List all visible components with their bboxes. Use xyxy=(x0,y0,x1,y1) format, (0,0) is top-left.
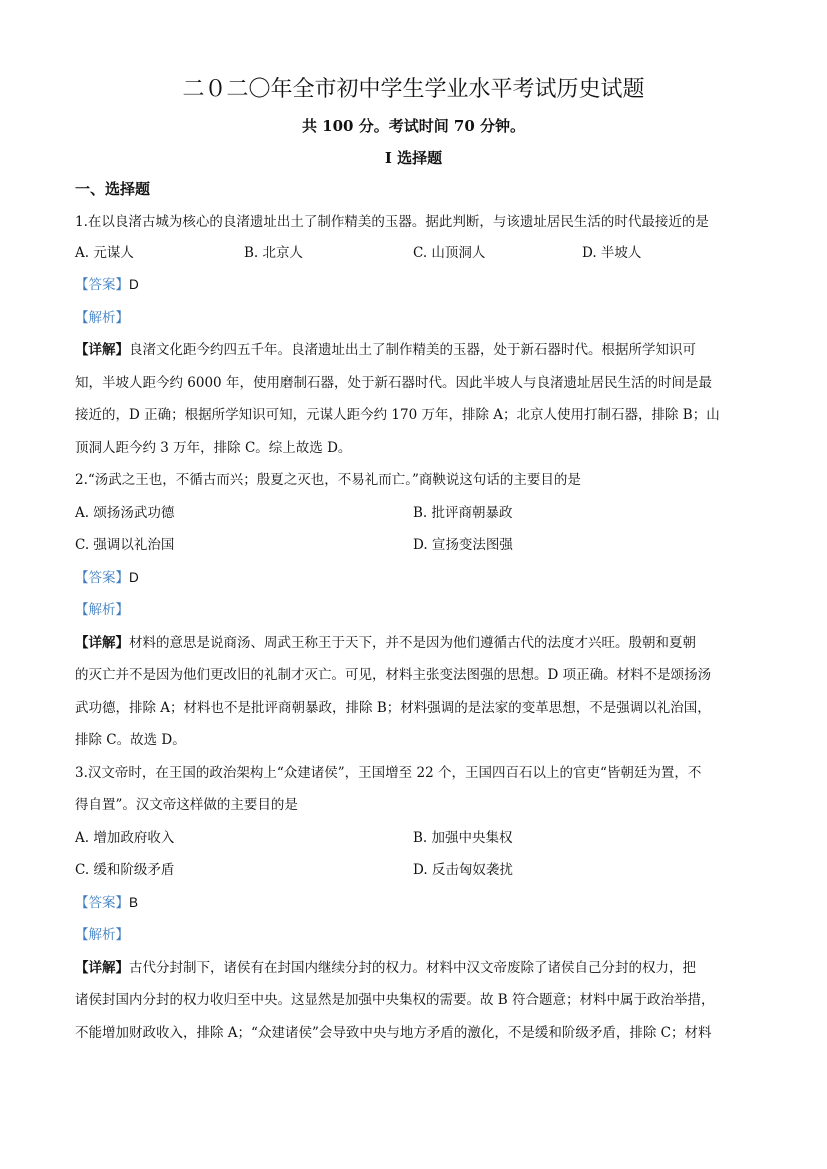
q3-answer: 【答案】B xyxy=(75,893,138,913)
q1-answer: 【答案】D xyxy=(75,275,139,295)
q1-detail-line-2: 知，半坡人距今约 6000 年，使用磨制石器，处于新石器时代。因此半坡人与良渚遗… xyxy=(75,373,712,393)
q1-detail-line-1: 【详解】良渚文化距今约四五千年。良渚遗址出土了制作精美的玉器，处于新石器时代。根… xyxy=(75,340,696,360)
q2-option-b: B. 批评商朝暴政 xyxy=(413,503,513,523)
q1-option-b: B. 北京人 xyxy=(244,243,303,263)
q1-detail-line-3: 接近的，D 正确；根据所学知识可知，元谋人距今约 170 万年，排除 A；北京人… xyxy=(75,405,720,425)
q2-detail-line-4: 排除 C。故选 D。 xyxy=(75,730,186,750)
section-heading: 一、选择题 xyxy=(75,178,150,199)
detail-label: 【详解】 xyxy=(75,342,129,358)
answer-value: D xyxy=(129,277,139,292)
q3-detail-line-2: 诸侯封国内分封的权力收归至中央。这显然是加强中央集权的需要。故 B 符合题意；材… xyxy=(75,990,715,1010)
q1-option-a: A. 元谋人 xyxy=(75,243,134,263)
q3-detail-line-1: 【详解】古代分封制下，诸侯有在封国内继续分封的权力。材料中汉文帝废除了诸侯自己分… xyxy=(75,958,696,978)
q3-option-c: C. 缓和阶级矛盾 xyxy=(75,860,174,880)
answer-label: 【答案】 xyxy=(75,277,129,293)
q2-detail-line-1: 【详解】材料的意思是说商汤、周武王称王于天下，并不是因为他们遵循古代的法度才兴旺… xyxy=(75,633,696,653)
q1-option-d: D. 半坡人 xyxy=(582,243,641,263)
q1-detail-line-4: 顶洞人距今约 3 万年，排除 C。综上故选 D。 xyxy=(75,438,351,458)
exam-subtitle: 共 100 分。考试时间 70 分钟。 xyxy=(0,115,827,136)
q3-option-d: D. 反击匈奴袭扰 xyxy=(413,860,513,880)
exam-page: 二０二〇年全市初中学生学业水平考试历史试题 共 100 分。考试时间 70 分钟… xyxy=(0,0,827,1169)
q2-option-d: D. 宣扬变法图强 xyxy=(413,535,513,555)
question-3-stem-line-2: 得自置”。汉文帝这样做的主要目的是 xyxy=(75,795,298,815)
q2-detail-line-2: 的灭亡并不是因为他们更改旧的礼制才灭亡。可见，材料主张变法图强的思想。D 项正确… xyxy=(75,665,711,685)
q2-detail-line-3: 武功德，排除 A；材料也不是批评商朝暴政，排除 B；材料强调的是法家的变革思想，… xyxy=(75,698,711,718)
q2-analysis-label: 【解析】 xyxy=(75,600,129,620)
q1-analysis-label: 【解析】 xyxy=(75,308,129,328)
q2-option-c: C. 强调以礼治国 xyxy=(75,535,174,555)
q2-option-a: A. 颂扬汤武功德 xyxy=(75,503,174,523)
exam-title: 二０二〇年全市初中学生学业水平考试历史试题 xyxy=(0,72,827,103)
question-1-stem: 1.在以良渚古城为核心的良渚遗址出土了制作精美的玉器。据此判断，与该遗址居民生活… xyxy=(75,212,755,232)
question-2-stem: 2.“汤武之王也，不循古而兴；殷夏之灭也，不易礼而亡。”商鞅说这句话的主要目的是 xyxy=(75,470,581,490)
q3-option-a: A. 增加政府收入 xyxy=(75,828,174,848)
q3-analysis-label: 【解析】 xyxy=(75,925,129,945)
q3-option-b: B. 加强中央集权 xyxy=(413,828,513,848)
part-heading: I 选择题 xyxy=(0,147,827,168)
q1-option-c: C. 山顶洞人 xyxy=(413,243,485,263)
q3-detail-line-3: 不能增加财政收入，排除 A；“众建诸侯”会导致中央与地方矛盾的激化，不是缓和阶级… xyxy=(75,1023,711,1043)
q2-answer: 【答案】D xyxy=(75,568,139,588)
question-3-stem-line-1: 3.汉文帝时，在王国的政治架构上“众建诸侯”，王国增至 22 个，王国四百石以上… xyxy=(75,763,701,783)
